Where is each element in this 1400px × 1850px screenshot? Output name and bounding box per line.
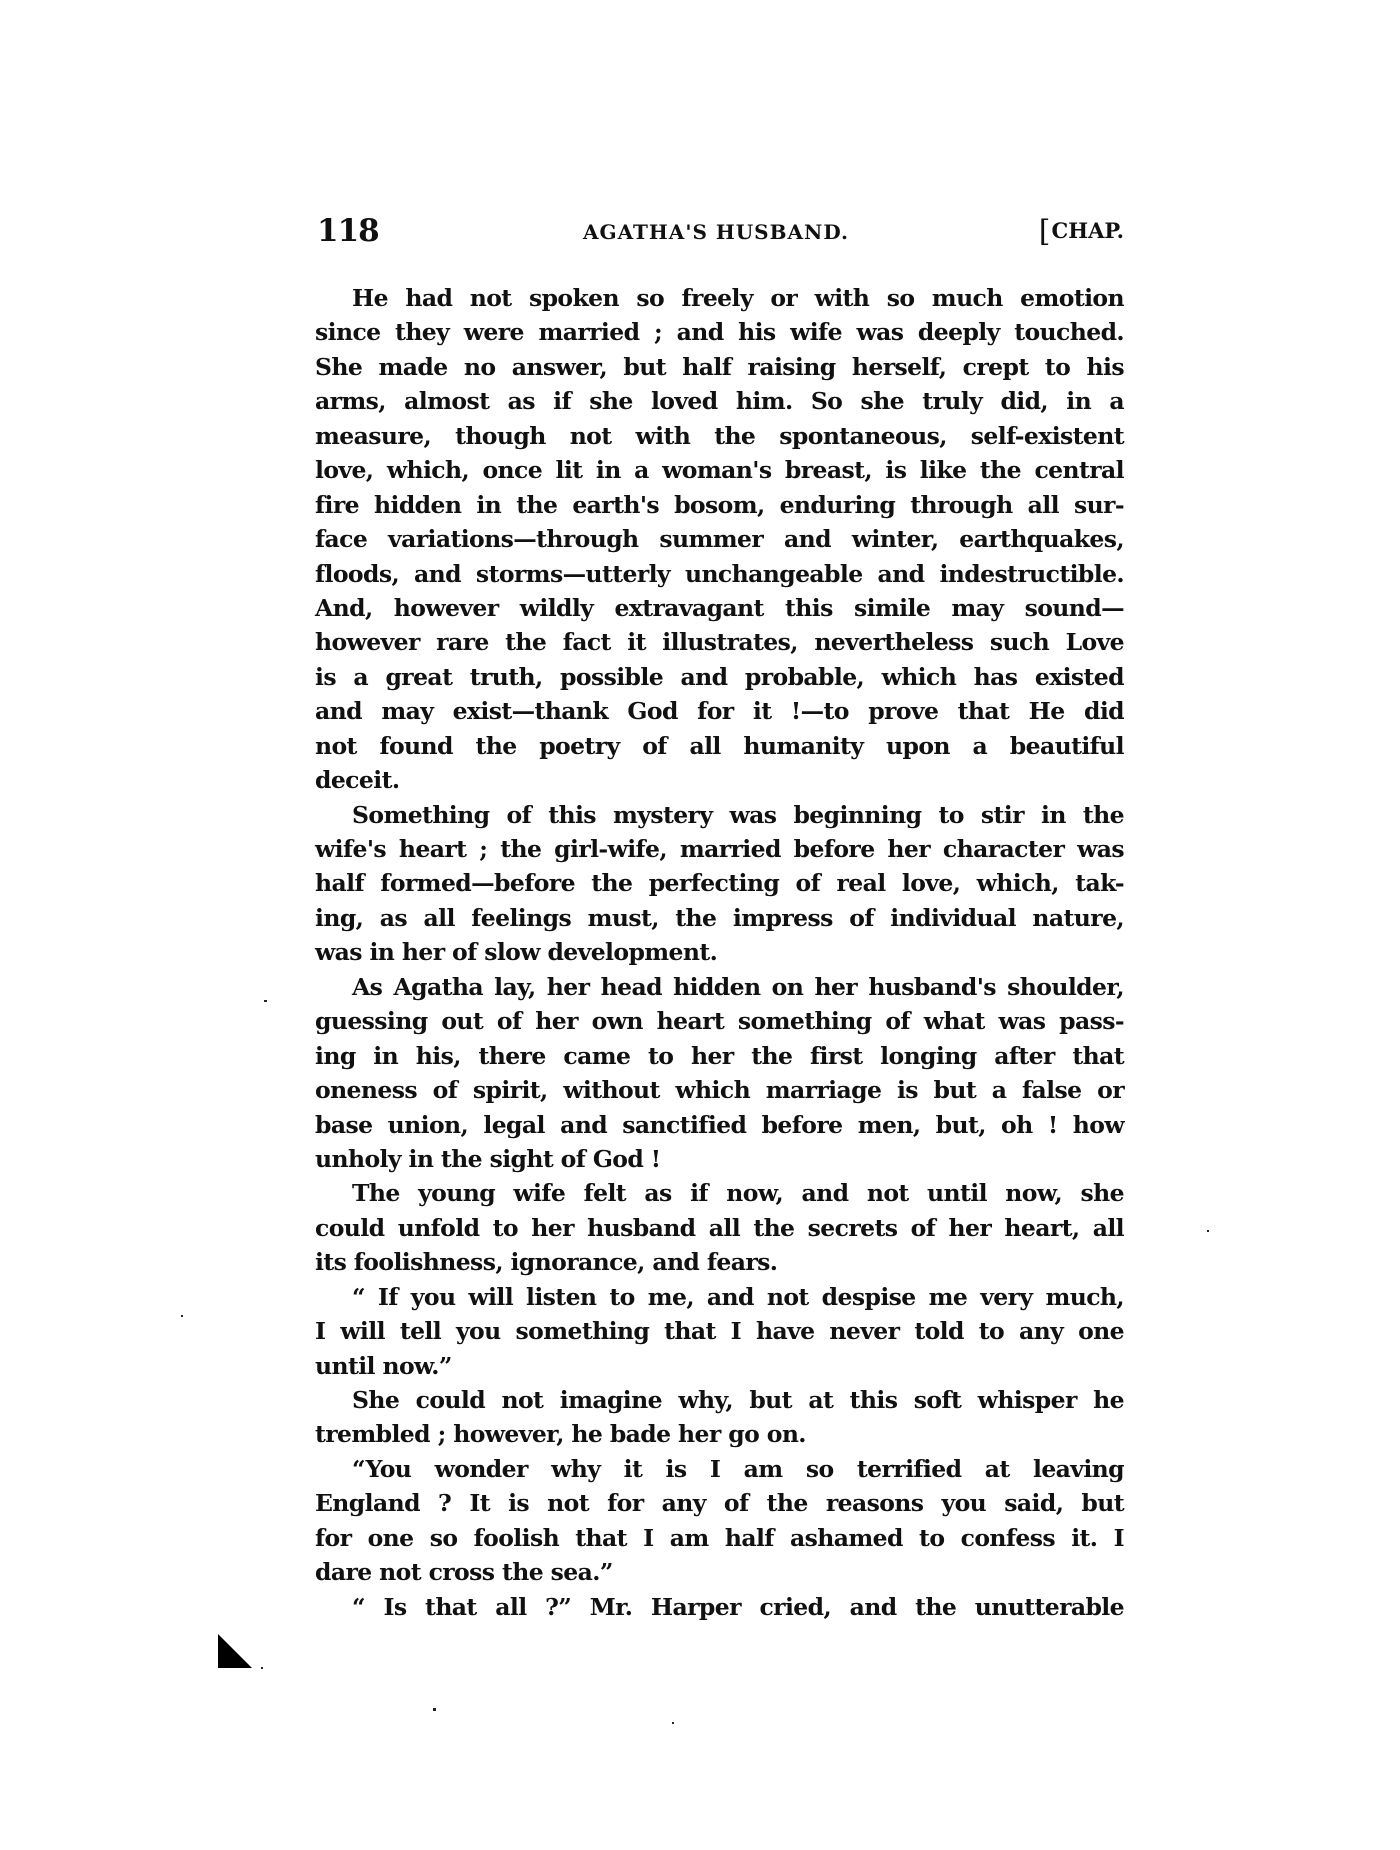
text-line: face variations—through summer and winte…: [315, 522, 1124, 556]
margin-speck: [261, 1667, 263, 1669]
text-line: love, which, once lit in a woman's breas…: [315, 453, 1124, 487]
chapter-label-text: CHAP.: [1052, 218, 1124, 243]
text-line: dare not cross the sea.”: [315, 1555, 1124, 1589]
text-line: floods, and storms—utterly unchangeable …: [315, 557, 1124, 591]
text-line: England ? It is not for any of the reaso…: [315, 1486, 1124, 1520]
text-line: deceit.: [315, 763, 1124, 797]
text-line: Something of this mystery was beginning …: [315, 798, 1124, 832]
text-line: since they were married ; and his wife w…: [315, 315, 1124, 349]
margin-speck: [264, 1000, 267, 1002]
text-line: “ Is that all ?” Mr. Harper cried, and t…: [315, 1590, 1124, 1624]
text-line: She made no answer, but half raising her…: [315, 350, 1124, 384]
text-line: wife's heart ; the girl-wife, married be…: [315, 832, 1124, 866]
chapter-bracket: [: [1039, 214, 1051, 249]
text-line: fire hidden in the earth's bosom, enduri…: [315, 488, 1124, 522]
text-line: half formed—before the perfecting of rea…: [315, 866, 1124, 900]
text-line: As Agatha lay, her head hidden on her hu…: [315, 970, 1124, 1004]
chapter-label: [CHAP.: [1039, 218, 1124, 245]
text-line: not found the poetry of all humanity upo…: [315, 729, 1124, 763]
body-text: He had not spoken so freely or with so m…: [315, 281, 1124, 1624]
text-line: until now.”: [315, 1349, 1124, 1383]
text-line: trembled ; however, he bade her go on.: [315, 1417, 1124, 1451]
margin-speck: [433, 1708, 436, 1711]
margin-speck: [1207, 1230, 1209, 1232]
text-line: The young wife felt as if now, and not u…: [315, 1176, 1124, 1210]
text-line: its foolishness, ignorance, and fears.: [315, 1245, 1124, 1279]
text-line: and may exist—thank God for it !—to prov…: [315, 694, 1124, 728]
text-line: And, however wildly extravagant this sim…: [315, 591, 1124, 625]
text-line: arms, almost as if she loved him. So she…: [315, 384, 1124, 418]
text-line: could unfold to her husband all the secr…: [315, 1211, 1124, 1245]
text-line: He had not spoken so freely or with so m…: [315, 281, 1124, 315]
margin-speck: [672, 1722, 674, 1724]
text-line: however rare the fact it illustrates, ne…: [315, 625, 1124, 659]
page-number: 118: [317, 214, 379, 248]
margin-speck: [181, 1315, 183, 1317]
text-line: measure, though not with the spontaneous…: [315, 419, 1124, 453]
running-title: AGATHA'S HUSBAND.: [583, 220, 849, 244]
text-line: was in her of slow development.: [315, 935, 1124, 969]
text-line: guessing out of her own heart something …: [315, 1004, 1124, 1038]
corner-triangle-mark: [218, 1634, 252, 1668]
book-page: 118 AGATHA'S HUSBAND. [CHAP. He had not …: [0, 0, 1400, 1850]
running-head: 118 AGATHA'S HUSBAND. [CHAP.: [315, 214, 1124, 248]
text-line: unholy in the sight of God !: [315, 1142, 1124, 1176]
text-line: ing in his, there came to her the first …: [315, 1039, 1124, 1073]
text-line: “ If you will listen to me, and not desp…: [315, 1280, 1124, 1314]
text-line: I will tell you something that I have ne…: [315, 1314, 1124, 1348]
text-line: ing, as all feelings must, the impress o…: [315, 901, 1124, 935]
text-line: oneness of spirit, without which marriag…: [315, 1073, 1124, 1107]
text-line: is a great truth, possible and probable,…: [315, 660, 1124, 694]
text-line: “You wonder why it is I am so terrified …: [315, 1452, 1124, 1486]
text-line: She could not imagine why, but at this s…: [315, 1383, 1124, 1417]
text-line: for one so foolish that I am half ashame…: [315, 1521, 1124, 1555]
text-line: base union, legal and sanctified before …: [315, 1108, 1124, 1142]
